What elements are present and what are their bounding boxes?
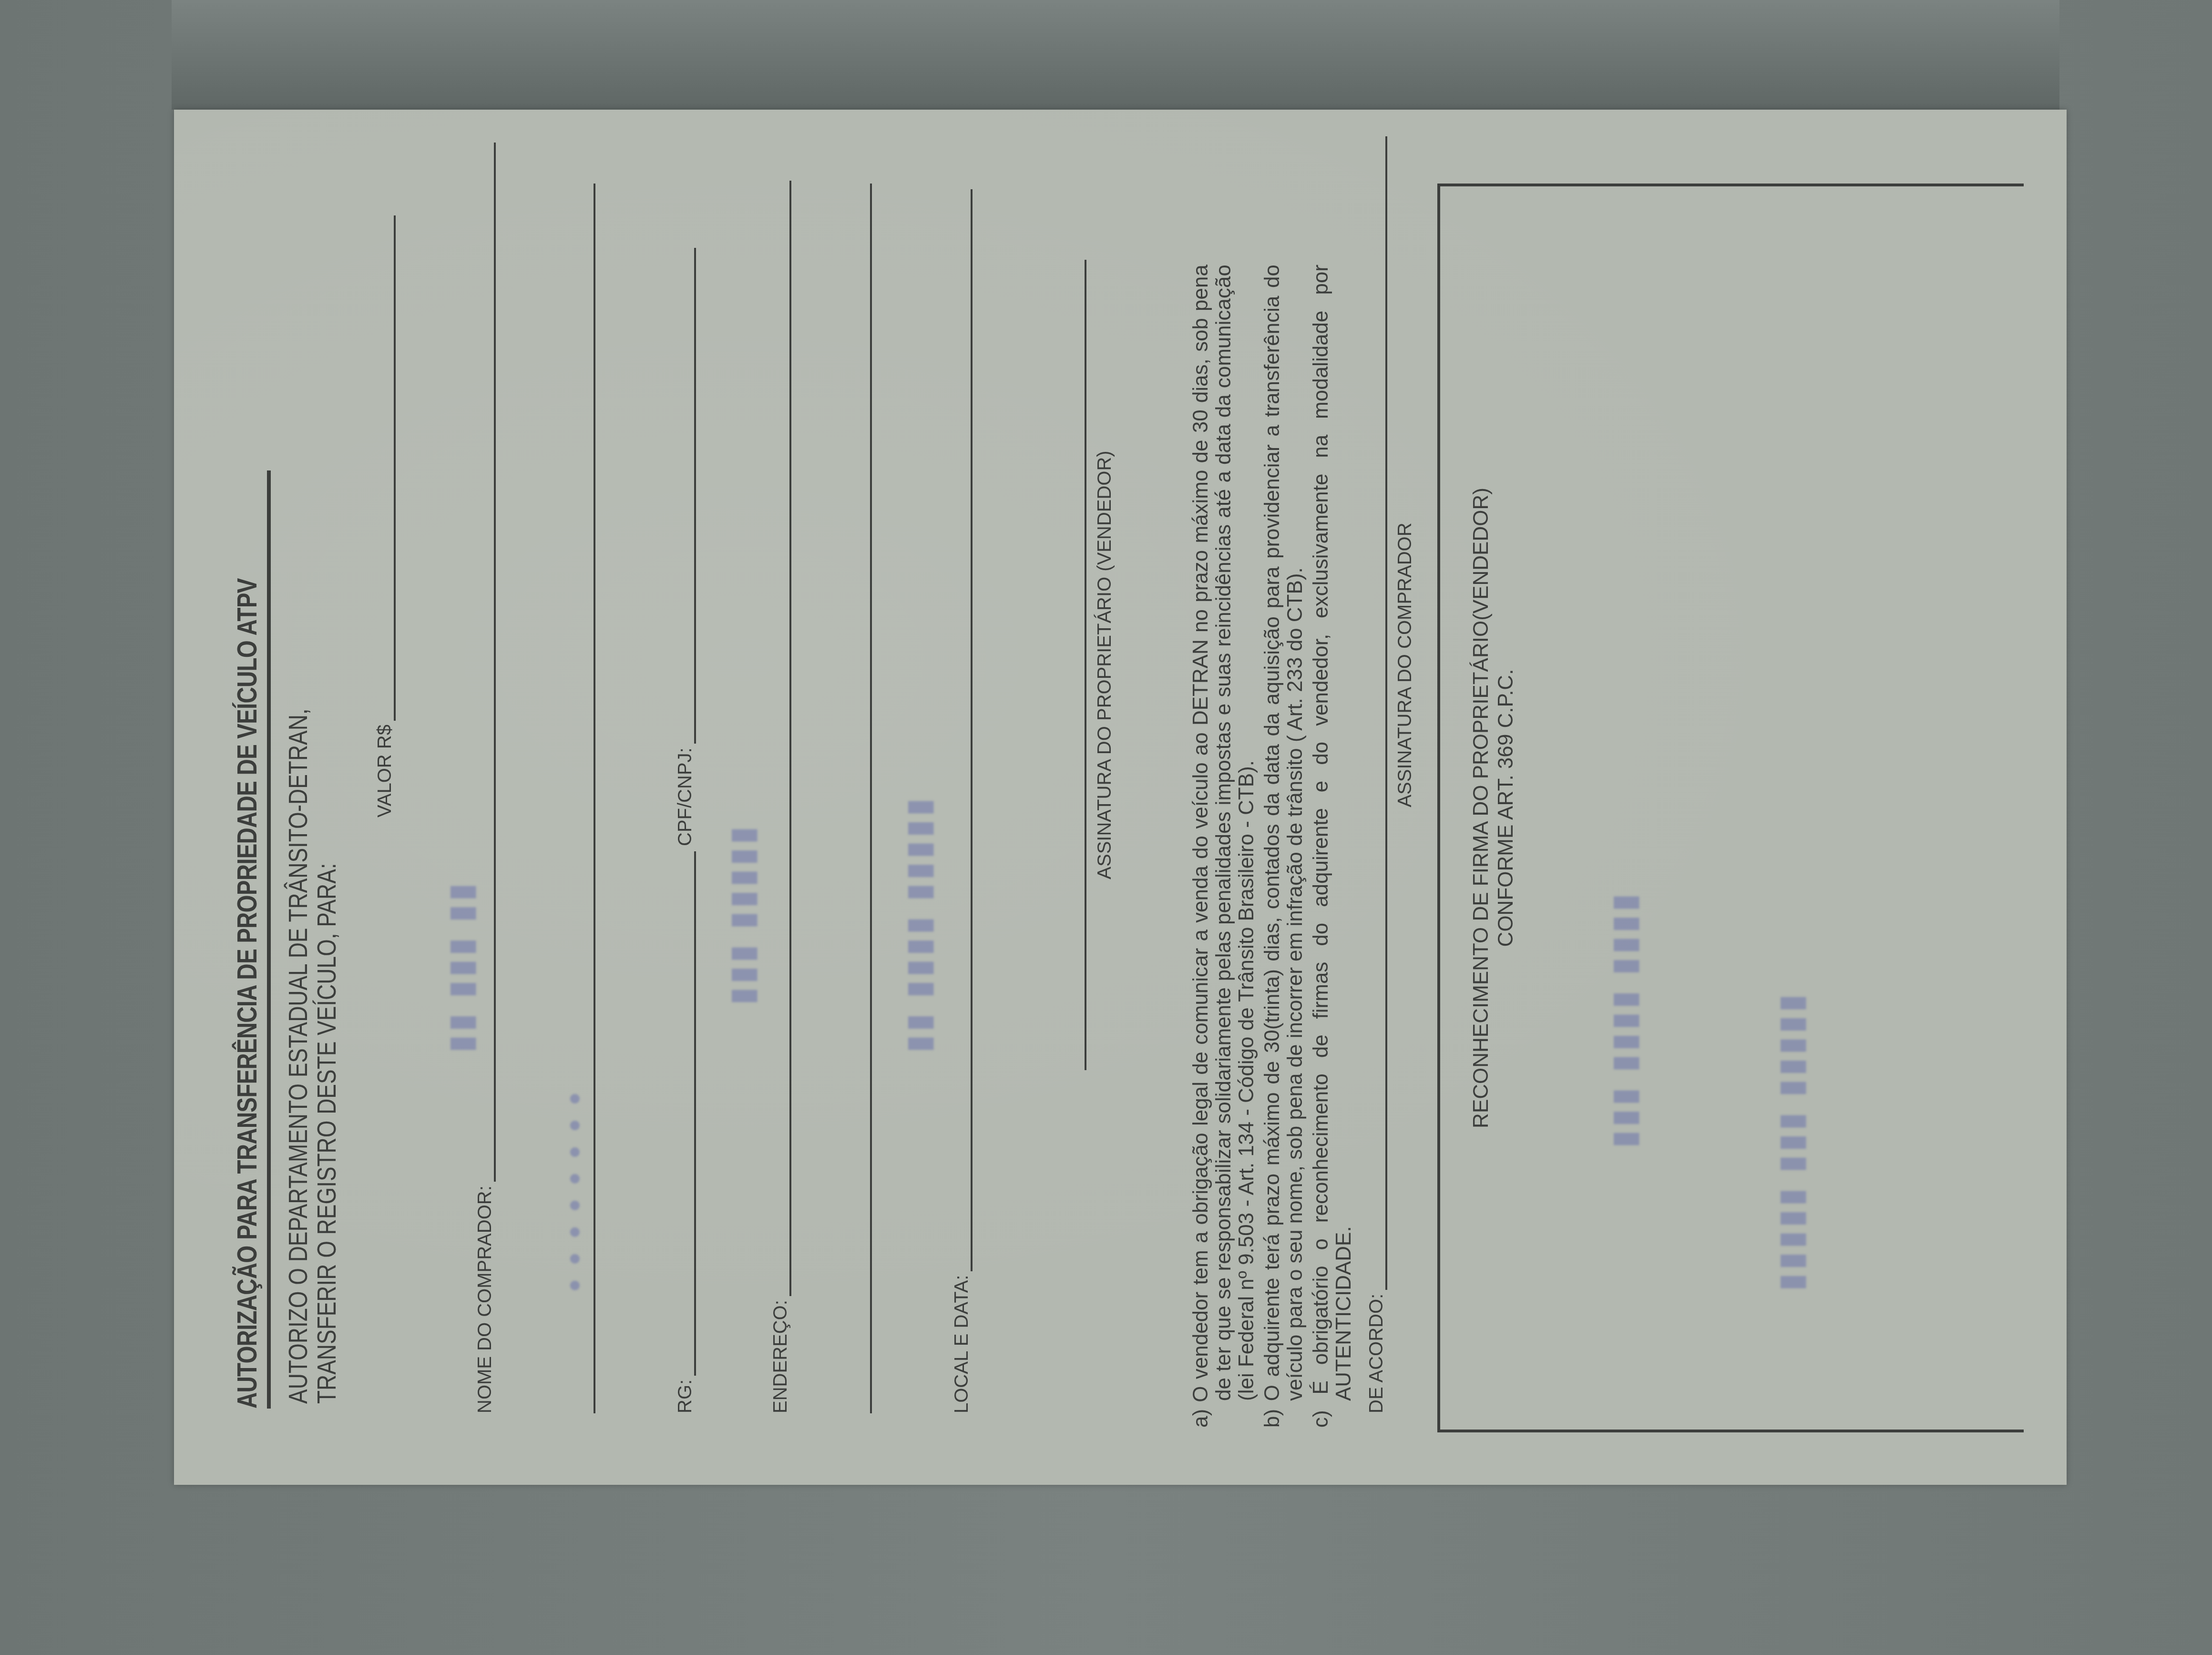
bleed-through-ink: • • • • • • • •: [555, 1093, 594, 1294]
address-label: ENDEREÇO:: [770, 1300, 791, 1413]
notary-box: RECONHECIMENTO DE FIRMA DO PROPRIETÁRIO(…: [1437, 184, 2024, 1432]
intro-text: AUTORIZO O DEPARTAMENTO ESTADUAL DE TRÂN…: [284, 466, 341, 1404]
place-date-field[interactable]: LOCAL E DATA:: [951, 189, 973, 1413]
seller-signature-line[interactable]: [1085, 260, 1086, 1070]
bleed-through-ink: ▮▮▮▮▮ ▮▮▮: [722, 826, 761, 1008]
buyer-signature-label: ASSINATURA DO COMPRADOR: [1394, 260, 1416, 1070]
buyer-name-line-2: [594, 184, 595, 1413]
buyer-name-field[interactable]: NOME DO COMPRADOR:: [474, 143, 496, 1413]
note-a: a) O vendedor tem a obrigação legal de c…: [1189, 265, 1258, 1428]
bleed-through-ink: ▮▮▮▮ ▮▮▮▮ ▮▮▮: [1604, 893, 1643, 1151]
buyer-name-line: [494, 143, 496, 1182]
bleed-through-ink: ▮▮▮▮▮ ▮▮▮ ▮▮▮▮▮: [1771, 994, 1810, 1294]
rg-field[interactable]: RG:: [675, 851, 696, 1413]
rg-label: RG:: [675, 1379, 696, 1413]
bleed-through-ink: ▮▮ ▮▮▮ ▮▮: [441, 883, 480, 1056]
address-line-2: [870, 184, 872, 1413]
note-c: c) É obrigatório o reconhecimento de fir…: [1310, 265, 1355, 1428]
de-acordo-field[interactable]: DE ACORDO:: [1366, 136, 1387, 1413]
cpf-cnpj-field[interactable]: CPF/CNPJ:: [675, 248, 696, 846]
notary-line-1: RECONHECIMENTO DE FIRMA DO PROPRIETÁRIO(…: [1469, 186, 1494, 1430]
background-shadow: [172, 0, 2059, 110]
cpf-cnpj-line: [694, 248, 696, 744]
place-date-label: LOCAL E DATA:: [951, 1275, 973, 1413]
notary-line-2: CONFORME ART. 369 C.P.C.: [1494, 186, 1518, 1430]
address-line: [789, 181, 791, 1296]
atpv-paper: AUTORIZAÇÃO PARA TRANSFERÊNCIA DE PROPRI…: [174, 110, 2067, 1485]
place-date-line: [971, 189, 973, 1271]
legal-notes: a) O vendedor tem a obrigação legal de c…: [1189, 265, 1358, 1428]
intro-line-2: TRANSFERIR O REGISTRO DESTE VEÍCULO, PAR…: [312, 466, 341, 1404]
valor-field[interactable]: VALOR R$: [374, 215, 396, 817]
bleed-through-ink: ▮▮▮▮▮ ▮▮▮▮ ▮▮: [899, 798, 938, 1056]
de-acordo-line: [1385, 136, 1387, 1290]
valor-line: [394, 215, 396, 721]
document-title: AUTORIZAÇÃO PARA TRANSFERÊNCIA DE PROPRI…: [231, 470, 271, 1409]
cpf-cnpj-label: CPF/CNPJ:: [675, 747, 696, 846]
document-rotated-content: AUTORIZAÇÃO PARA TRANSFERÊNCIA DE PROPRI…: [174, 110, 2067, 1485]
valor-label: VALOR R$: [374, 725, 396, 817]
note-b: b) O adquirente terá prazo máximo de 30(…: [1261, 265, 1307, 1428]
address-field[interactable]: ENDEREÇO:: [770, 181, 791, 1413]
rg-line: [694, 851, 696, 1376]
intro-line-1: AUTORIZO O DEPARTAMENTO ESTADUAL DE TRÂN…: [284, 466, 312, 1404]
de-acordo-label: DE ACORDO:: [1366, 1294, 1387, 1413]
seller-signature-label: ASSINATURA DO PROPRIETÁRIO (VENDEDOR): [1094, 260, 1116, 1070]
notary-text: RECONHECIMENTO DE FIRMA DO PROPRIETÁRIO(…: [1469, 186, 1518, 1430]
buyer-name-label: NOME DO COMPRADOR:: [474, 1185, 496, 1413]
